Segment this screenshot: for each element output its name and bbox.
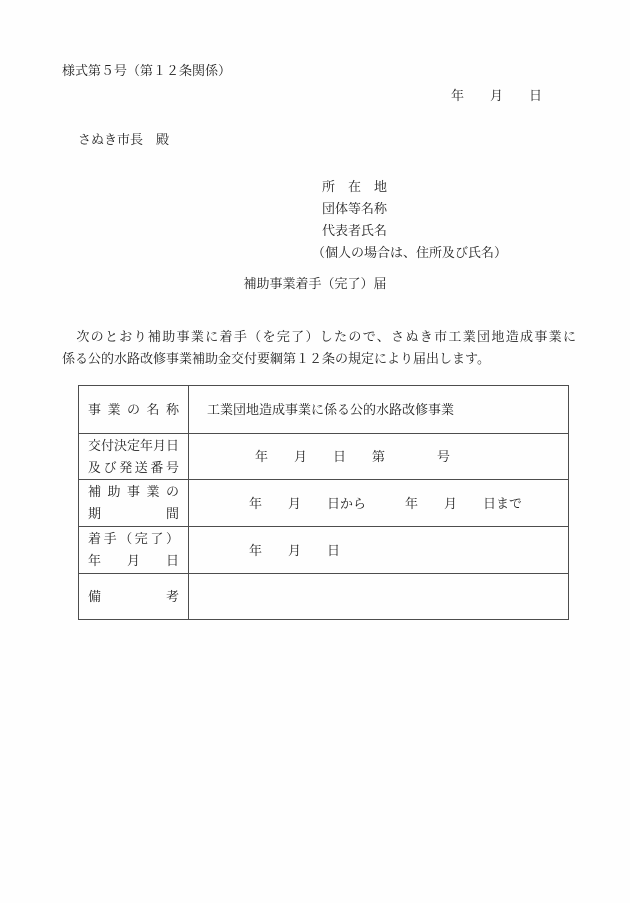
label-line: 交付決定年月日 — [88, 435, 179, 457]
value-cell-remarks — [189, 574, 569, 620]
body-line-1: 次のとおり補助事業に着手（を完了）したので、さぬき市工業団地造成事業に — [62, 326, 576, 348]
label-cell-project-name: 事業の名称 — [79, 386, 189, 434]
table-row-remarks: 備考 — [79, 574, 569, 620]
document-page: 様式第５号（第１２条関係） 年 月 日 さぬき市長 殿 所 在 地 団体等名称 … — [0, 0, 630, 903]
label-cell-project-period: 補助事業の 期間 — [79, 480, 189, 527]
label-line: 期間 — [88, 503, 179, 525]
addressee: さぬき市長 殿 — [78, 133, 169, 146]
table-row-grant-decision: 交付決定年月日 及び発送番号 年 月 日 第 号 — [79, 434, 569, 480]
label-cell-remarks: 備考 — [79, 574, 189, 620]
label-line: 及び発送番号 — [88, 457, 179, 479]
value-cell-start-date: 年 月 日 — [189, 527, 569, 574]
body-paragraph: 次のとおり補助事業に着手（を完了）したので、さぬき市工業団地造成事業に 係る公的… — [62, 326, 576, 371]
form-number: 様式第５号（第１２条関係） — [62, 64, 231, 77]
label-cell-start-date: 着手（完了） 年月日 — [79, 527, 189, 574]
label-line: 着手（完了） — [88, 528, 179, 550]
label-cell-grant-decision: 交付決定年月日 及び発送番号 — [79, 434, 189, 480]
table-row-project-period: 補助事業の 期間 年 月 日から 年 月 日まで — [79, 480, 569, 527]
value-cell-project-name: 工業団地造成事業に係る公的水路改修事業 — [189, 386, 569, 434]
date-line: 年 月 日 — [451, 89, 542, 102]
form-table: 事業の名称 工業団地造成事業に係る公的水路改修事業 交付決定年月日 及び発送番号… — [78, 385, 569, 620]
label-line: 補助事業の — [88, 481, 179, 503]
label-line: 年月日 — [88, 550, 179, 572]
document-title: 補助事業着手（完了）届 — [0, 277, 630, 290]
body-line-2: 係る公的水路改修事業補助金交付要綱第１２条の規定により届出します。 — [62, 348, 576, 370]
value-cell-project-period: 年 月 日から 年 月 日まで — [189, 480, 569, 527]
label-line: 備考 — [88, 586, 179, 608]
sender-org-label: 団体等名称 — [322, 198, 507, 220]
label-line: 事業の名称 — [88, 399, 179, 421]
sender-block: 所 在 地 団体等名称 代表者氏名 （個人の場合は、住所及び氏名） — [322, 176, 507, 264]
sender-address-label: 所 在 地 — [322, 176, 507, 198]
value-cell-grant-decision: 年 月 日 第 号 — [189, 434, 569, 480]
table-row-project-name: 事業の名称 工業団地造成事業に係る公的水路改修事業 — [79, 386, 569, 434]
sender-individual-note: （個人の場合は、住所及び氏名） — [312, 242, 507, 264]
table-row-start-date: 着手（完了） 年月日 年 月 日 — [79, 527, 569, 574]
sender-rep-label: 代表者氏名 — [322, 220, 507, 242]
